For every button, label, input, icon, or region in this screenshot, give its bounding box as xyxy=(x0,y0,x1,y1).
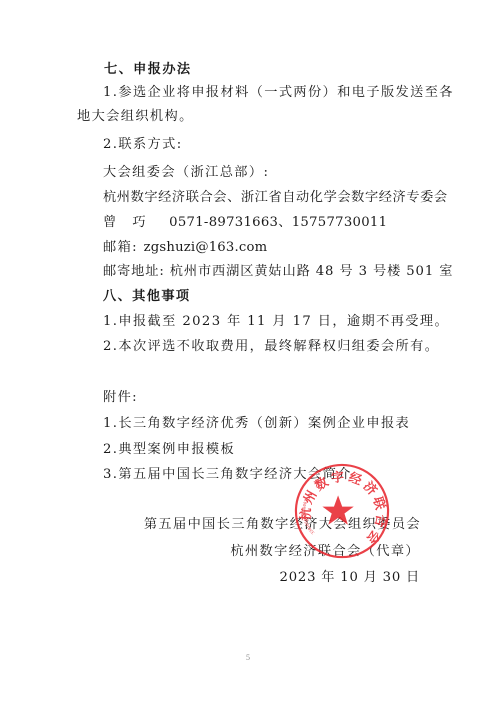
attachment-item-3: 3.第五届中国长三角数字经济大会简介 xyxy=(103,467,352,483)
attachment-item-2: 2.典型案例申报模板 xyxy=(103,442,235,458)
section-7-item-1-line-2: 地大会组织机构。 xyxy=(77,109,194,125)
signature-date: 2023 年 10 月 30 日 xyxy=(280,570,420,586)
section-7-heading: 七、申报办法 xyxy=(104,62,192,78)
address-label: 邮寄地址: xyxy=(103,264,165,279)
signature-federation: 杭州数字经济联合会（代章） xyxy=(230,544,420,560)
address-row: 邮寄地址: 杭州市西湖区黄姑山路 48 号 3 号楼 501 室 xyxy=(103,264,453,280)
contact-person: 曾 巧 xyxy=(103,215,152,230)
email-label: 邮箱: xyxy=(103,240,138,255)
organizer-names: 杭州数字经济联合会、浙江省自动化学会数字经济专委会 xyxy=(103,190,448,206)
contact-phones: 0571-89731663、15757730011 xyxy=(169,215,387,230)
section-7-item-1-line-1: 1.参选企业将申报材料（一式两份）和电子版发送至各 xyxy=(103,85,454,101)
email-address: zgshuzi@163.com xyxy=(144,240,268,255)
section-7-item-2: 2.联系方式: xyxy=(103,137,183,153)
attachments-label: 附件: xyxy=(103,390,138,406)
organizer-label: 大会组委会（浙江总部）: xyxy=(103,165,269,181)
signature-committee: 第五届中国长三角数字经济大会组织委员会 xyxy=(144,517,421,533)
attachment-item-1: 1.长三角数字经济优秀（创新）案例企业申报表 xyxy=(103,416,410,432)
contact-row: 曾 巧 0571-89731663、15757730011 xyxy=(103,215,387,231)
email-row: 邮箱: zgshuzi@163.com xyxy=(103,240,267,256)
address-value: 杭州市西湖区黄姑山路 48 号 3 号楼 501 室 xyxy=(170,264,454,279)
section-8-item-1: 1.申报截至 2023 年 11 月 17 日，逾期不再受理。 xyxy=(103,314,449,330)
page-number: 5 xyxy=(246,653,250,662)
section-8-heading: 八、其他事项 xyxy=(103,289,191,305)
section-8-item-2: 2.本次评选不收取费用，最终解释权归组委会所有。 xyxy=(103,339,439,355)
